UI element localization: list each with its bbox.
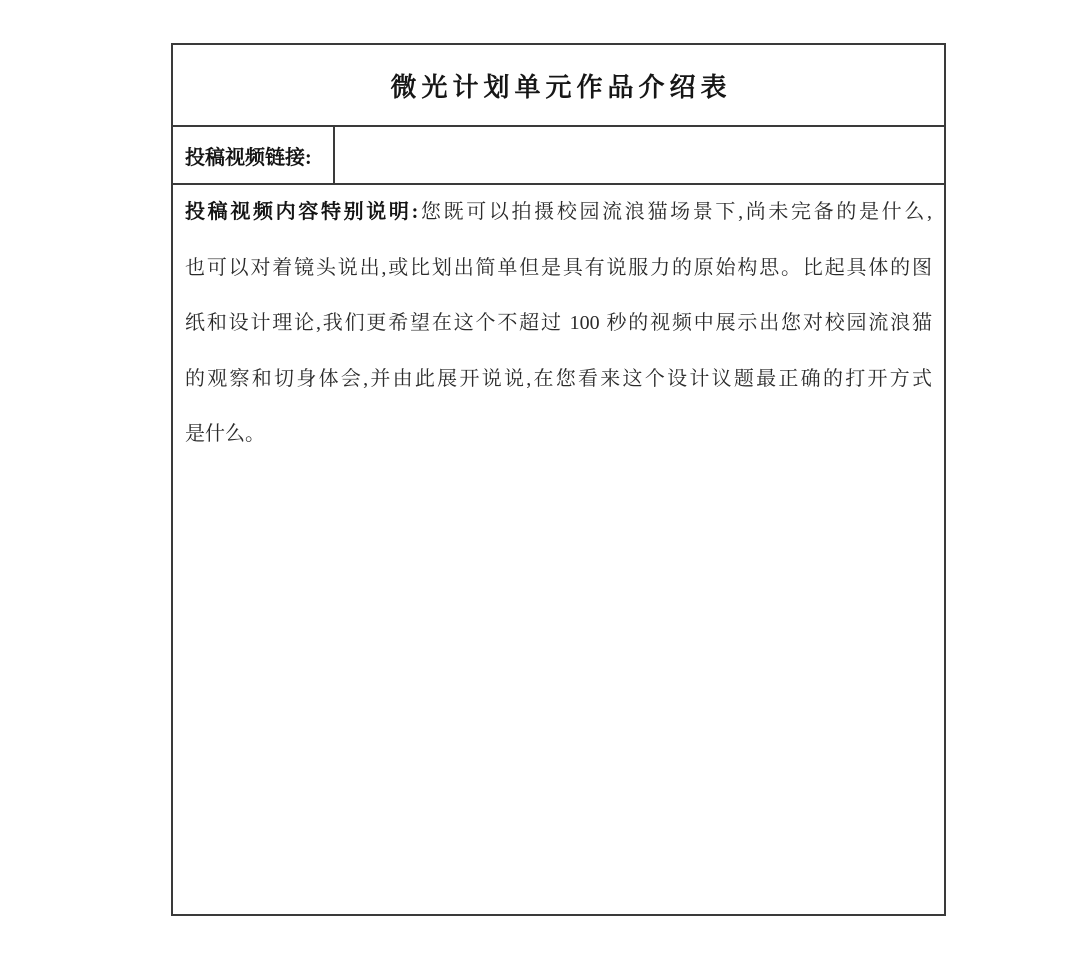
intro-form-table: 微光计划单元作品介绍表 投稿视频链接: 投稿视频内容特别说明:您既可以拍摄校园流… [171, 43, 946, 916]
description-line-3: 纸和设计理论,我们更希望在这个不超过 100 秒的视频中展示出您对校园流浪猫 [185, 296, 932, 352]
video-link-label-cell: 投稿视频链接: [173, 127, 335, 183]
video-link-input-cell[interactable] [335, 127, 944, 183]
description-cell: 投稿视频内容特别说明:您既可以拍摄校园流浪猫场景下,尚未完备的是什么, 也可以对… [173, 185, 944, 914]
description-line-4: 的观察和切身体会,并由此展开说说,在您看来这个设计议题最正确的打开方式 [185, 352, 932, 408]
form-title-row: 微光计划单元作品介绍表 [173, 45, 944, 127]
description-label: 投稿视频内容特别说明: [185, 201, 418, 223]
document-page: 微光计划单元作品介绍表 投稿视频链接: 投稿视频内容特别说明:您既可以拍摄校园流… [0, 0, 1080, 967]
description-line-2: 也可以对着镜头说出,或比划出简单但是具有说服力的原始构思。比起具体的图 [185, 241, 932, 297]
video-link-row: 投稿视频链接: [173, 127, 944, 185]
description-line-5: 是什么。 [185, 407, 932, 463]
description-line-1: 投稿视频内容特别说明:您既可以拍摄校园流浪猫场景下,尚未完备的是什么, [185, 185, 932, 241]
form-title: 微光计划单元作品介绍表 [385, 67, 731, 104]
video-link-label: 投稿视频链接: [185, 141, 312, 170]
description-line-1-text: 您既可以拍摄校园流浪猫场景下,尚未完备的是什么, [418, 201, 932, 223]
